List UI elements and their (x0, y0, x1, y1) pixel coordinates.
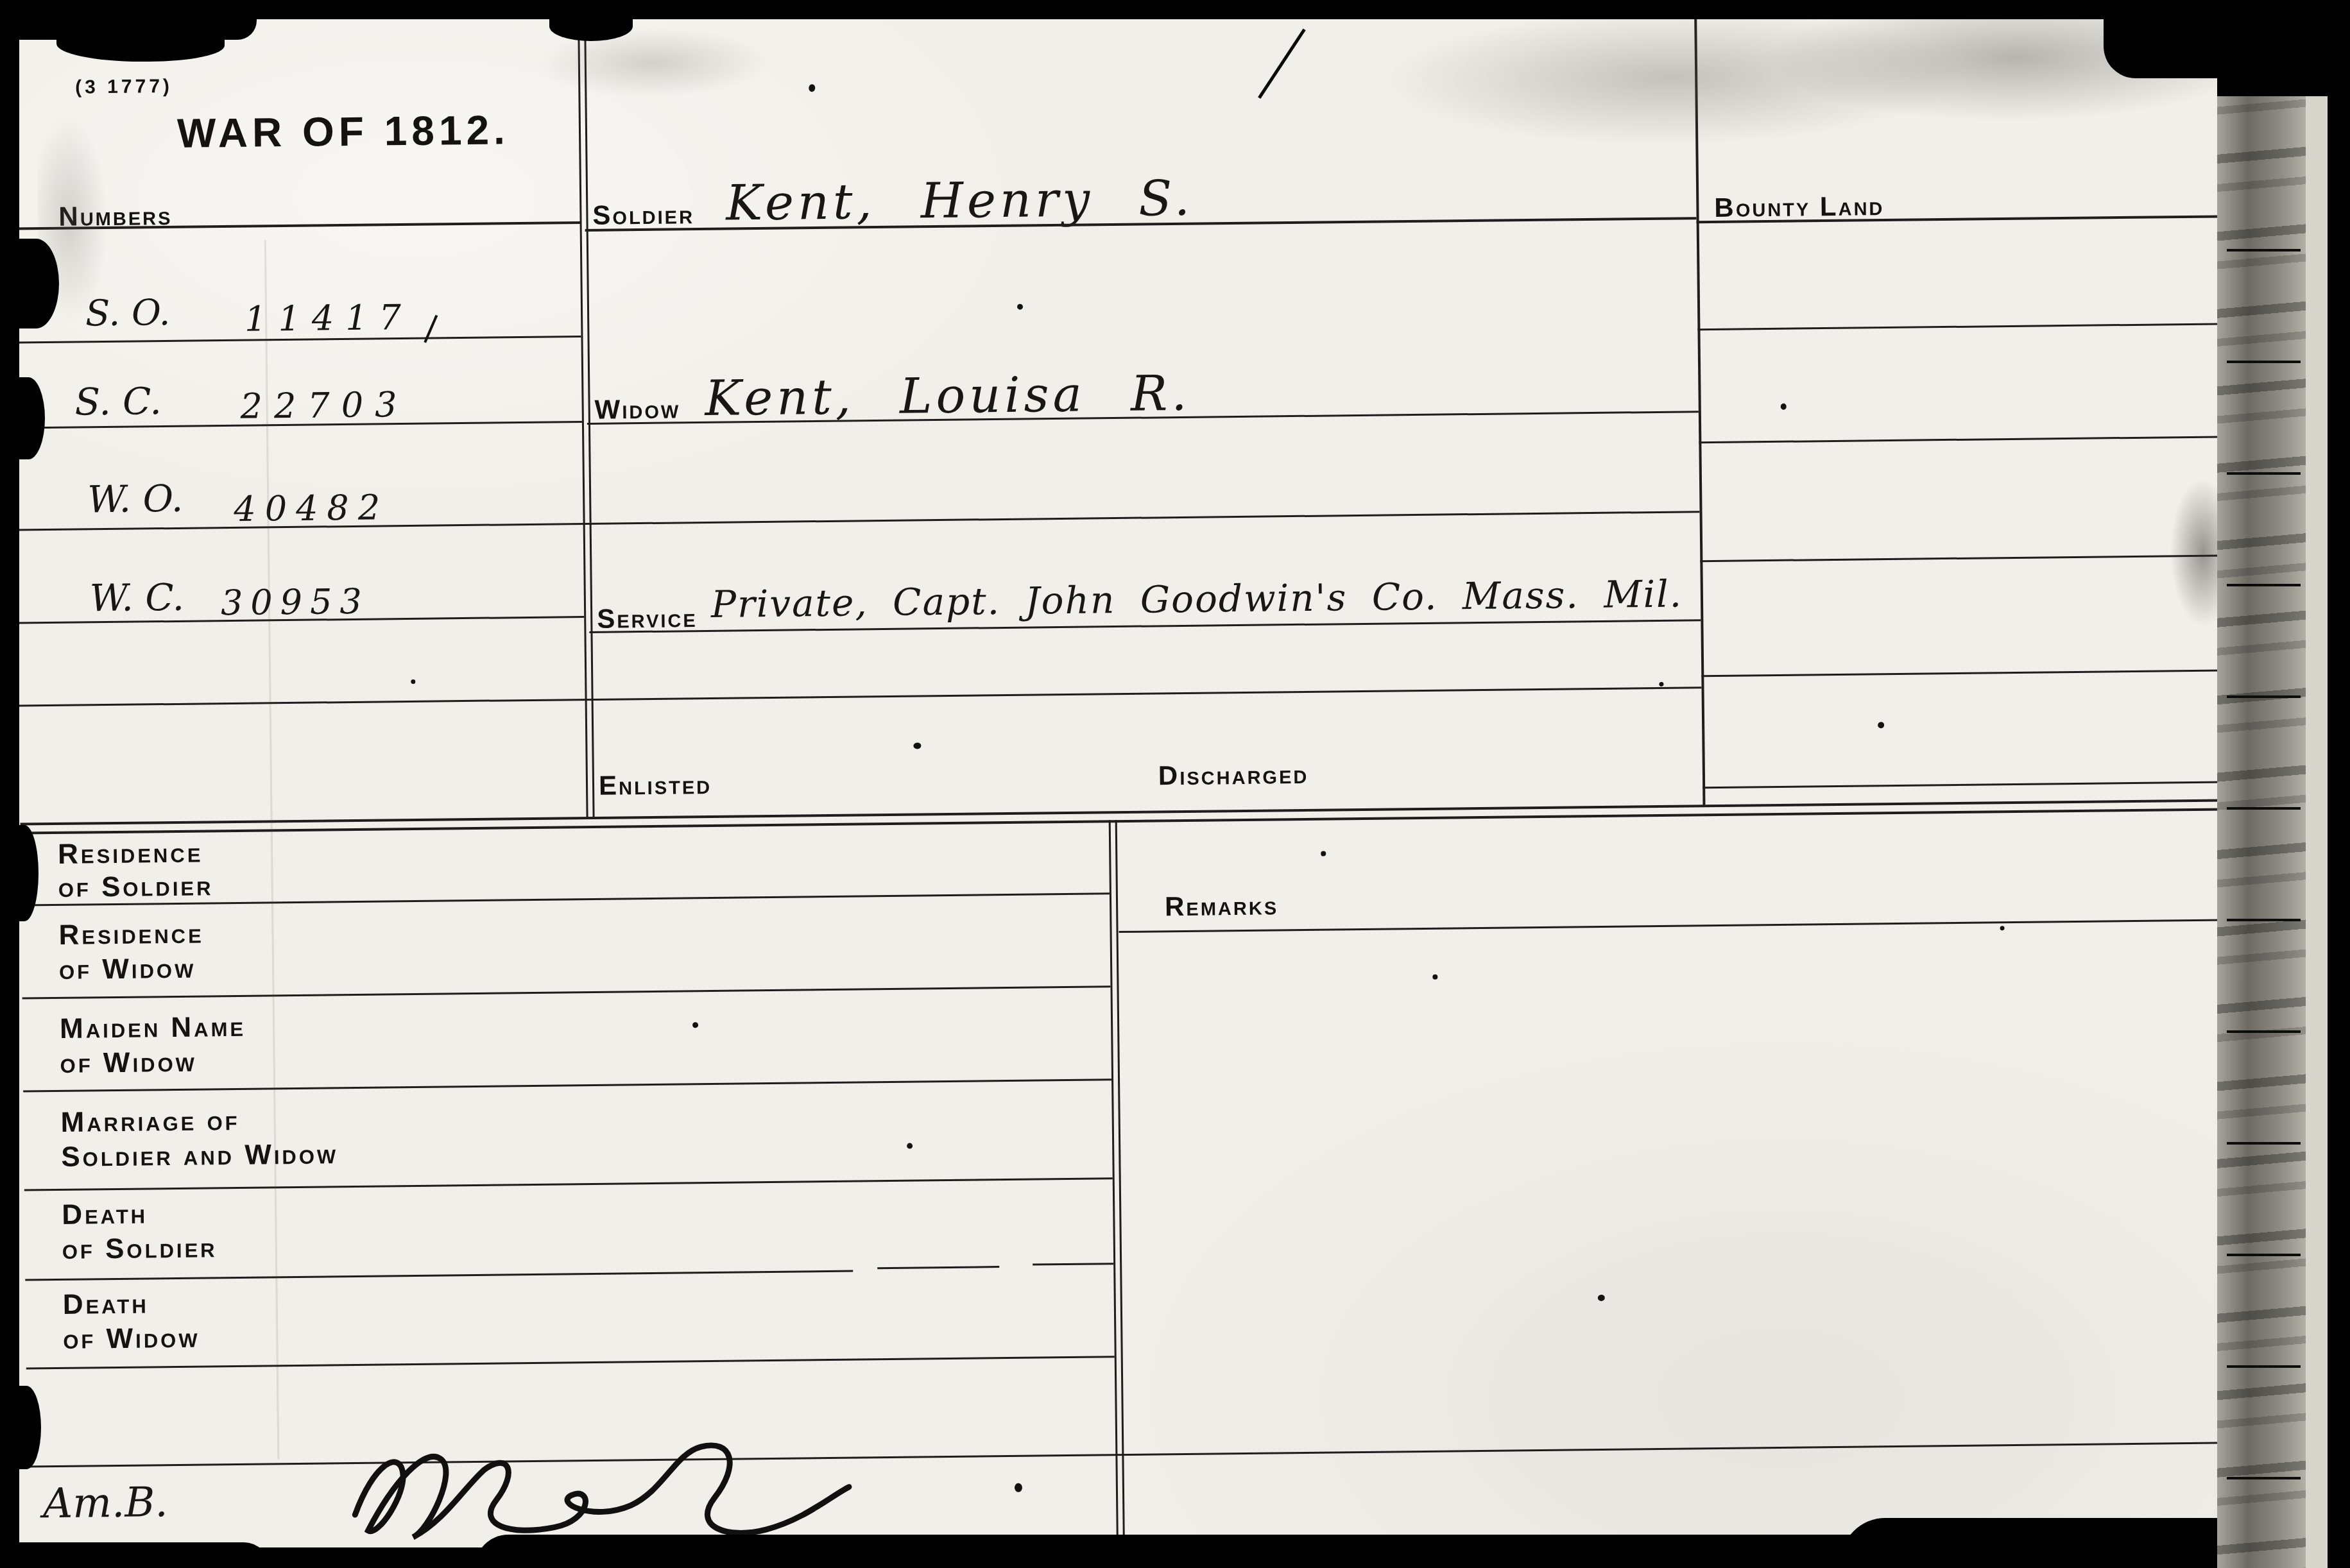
pension-index-card: (3 1777) WAR OF 1812. Numbers Soldier Wi… (18, 13, 2223, 1551)
row-residence-widow-line1: Residence (58, 919, 204, 949)
row-death-soldier-line1: Death (62, 1200, 148, 1229)
row-residence-soldier-line2: of Soldier (58, 872, 213, 902)
row-marriage-line2: Soldier and Widow (61, 1140, 338, 1172)
scan-border-blotch (10, 825, 39, 921)
rule-bounty-row3 (1700, 554, 2221, 562)
bounty-land-label: Bounty Land (1714, 192, 1884, 221)
scan-border-blotch (12, 1386, 41, 1469)
rule-remarks-underline (1119, 919, 2226, 933)
row-residence-widow-line2: of Widow (59, 955, 196, 984)
number-series-wc: W. C. (90, 579, 185, 617)
scan-border-right (2328, 0, 2350, 1568)
number-value-so: 11417 (244, 300, 413, 337)
ink-speck (1659, 682, 1663, 686)
row-death-widow-line2: of Widow (63, 1324, 200, 1354)
soldier-label: Soldier (592, 201, 694, 229)
scan-border-blotch (12, 377, 45, 459)
ink-speck (411, 679, 415, 684)
ink-speck (907, 1143, 913, 1149)
torn-edge-mottle (2217, 0, 2306, 1568)
scan-crack-mark (1258, 28, 1306, 99)
soldier-name: Kent, Henry S. (726, 174, 1194, 228)
enlisted-label: Enlisted (599, 771, 712, 799)
rule-lower-row5 (25, 1270, 853, 1281)
scan-border-blotch (2217, 0, 2350, 96)
scan-border-blotch (13, 239, 59, 328)
row-marriage-line1: Marriage of (60, 1107, 239, 1137)
form-number: (3 1777) (75, 77, 173, 98)
ink-speck (1878, 722, 1884, 728)
rule-bounty-row2 (1699, 436, 2220, 443)
rule-bounty-row1 (1697, 323, 2218, 330)
widow-name: Kent, Louisa R. (705, 369, 1191, 423)
under-card-strip (2306, 0, 2328, 1568)
row-death-soldier-line2: of Soldier (62, 1234, 218, 1264)
scan-smudge (485, 28, 819, 115)
rule-bounty-row5 (1702, 781, 2224, 788)
rule-lower-row2 (22, 985, 1111, 999)
under-card-rule (2227, 472, 2301, 475)
ink-speck (2000, 926, 2005, 930)
discharged-label: Discharged (1158, 761, 1309, 790)
rule-wide-row2 (19, 686, 1702, 706)
card-title: WAR OF 1812. (177, 109, 510, 154)
row-death-widow-line1: Death (63, 1290, 149, 1318)
rule-lower-row5-dash1 (877, 1266, 999, 1269)
row-maiden-name-line1: Maiden Name (60, 1013, 246, 1043)
under-card-rule (2227, 919, 2301, 921)
scan-border-blotch (56, 26, 225, 62)
row-residence-soldier-line1: Residence (58, 839, 203, 868)
under-card-rule (2227, 1030, 2301, 1033)
under-card-rule (2227, 361, 2301, 363)
service-detail: Private, Capt. John Goodwin's Co. Mass. … (711, 575, 1683, 623)
rule-lower-row6 (26, 1356, 1115, 1369)
ink-speck (1321, 851, 1326, 856)
number-series-sc: S. C. (74, 382, 162, 420)
under-card-rule (2227, 1365, 2301, 1368)
clerk-initials: Am.B. (43, 1482, 168, 1524)
under-card-rule (2227, 584, 2301, 586)
scan-border-blotch (549, 12, 633, 41)
scan-border-left (0, 0, 19, 1568)
card-stack-edge-band (2217, 0, 2350, 1568)
ink-speck (1017, 304, 1023, 310)
row-maiden-name-line2: of Widow (60, 1048, 197, 1078)
number-value-wo: 40482 (234, 490, 389, 527)
rule-bounty-row4 (1701, 669, 2222, 677)
ink-speck (913, 742, 921, 749)
ink-speck (1781, 404, 1787, 410)
rule-lower-row5-dash2 (1033, 1263, 1113, 1265)
widow-label: Widow (594, 395, 680, 423)
under-card-rule (2227, 1254, 2301, 1256)
scan-border-top (0, 0, 2350, 19)
under-card-rule (2227, 1477, 2301, 1479)
ink-speck (1432, 975, 1437, 980)
scan-border-bottom-left (0, 1542, 270, 1568)
rule-lower-row3 (23, 1078, 1111, 1092)
ink-speck (692, 1022, 698, 1028)
number-series-so: S. O. (85, 295, 171, 332)
rule-lower-row4 (24, 1177, 1113, 1191)
ink-speck (1015, 1483, 1022, 1492)
ink-speck (1598, 1295, 1605, 1301)
card-printed-content: (3 1777) WAR OF 1812. Numbers Soldier Wi… (10, 1, 2232, 1563)
under-card-rule (2227, 695, 2301, 698)
number-series-wo: W. O. (87, 480, 184, 518)
scan-smudge (37, 100, 142, 396)
ink-speck (809, 84, 815, 92)
remarks-label: Remarks (1165, 892, 1278, 920)
under-card-rule (2227, 249, 2301, 251)
number-value-wc: 30953 (221, 584, 370, 621)
scanned-card-stage: (3 1777) WAR OF 1812. Numbers Soldier Wi… (0, 0, 2350, 1568)
service-label: Service (597, 604, 698, 633)
under-card-rule (2227, 1142, 2301, 1145)
under-card-rule (2227, 807, 2301, 810)
